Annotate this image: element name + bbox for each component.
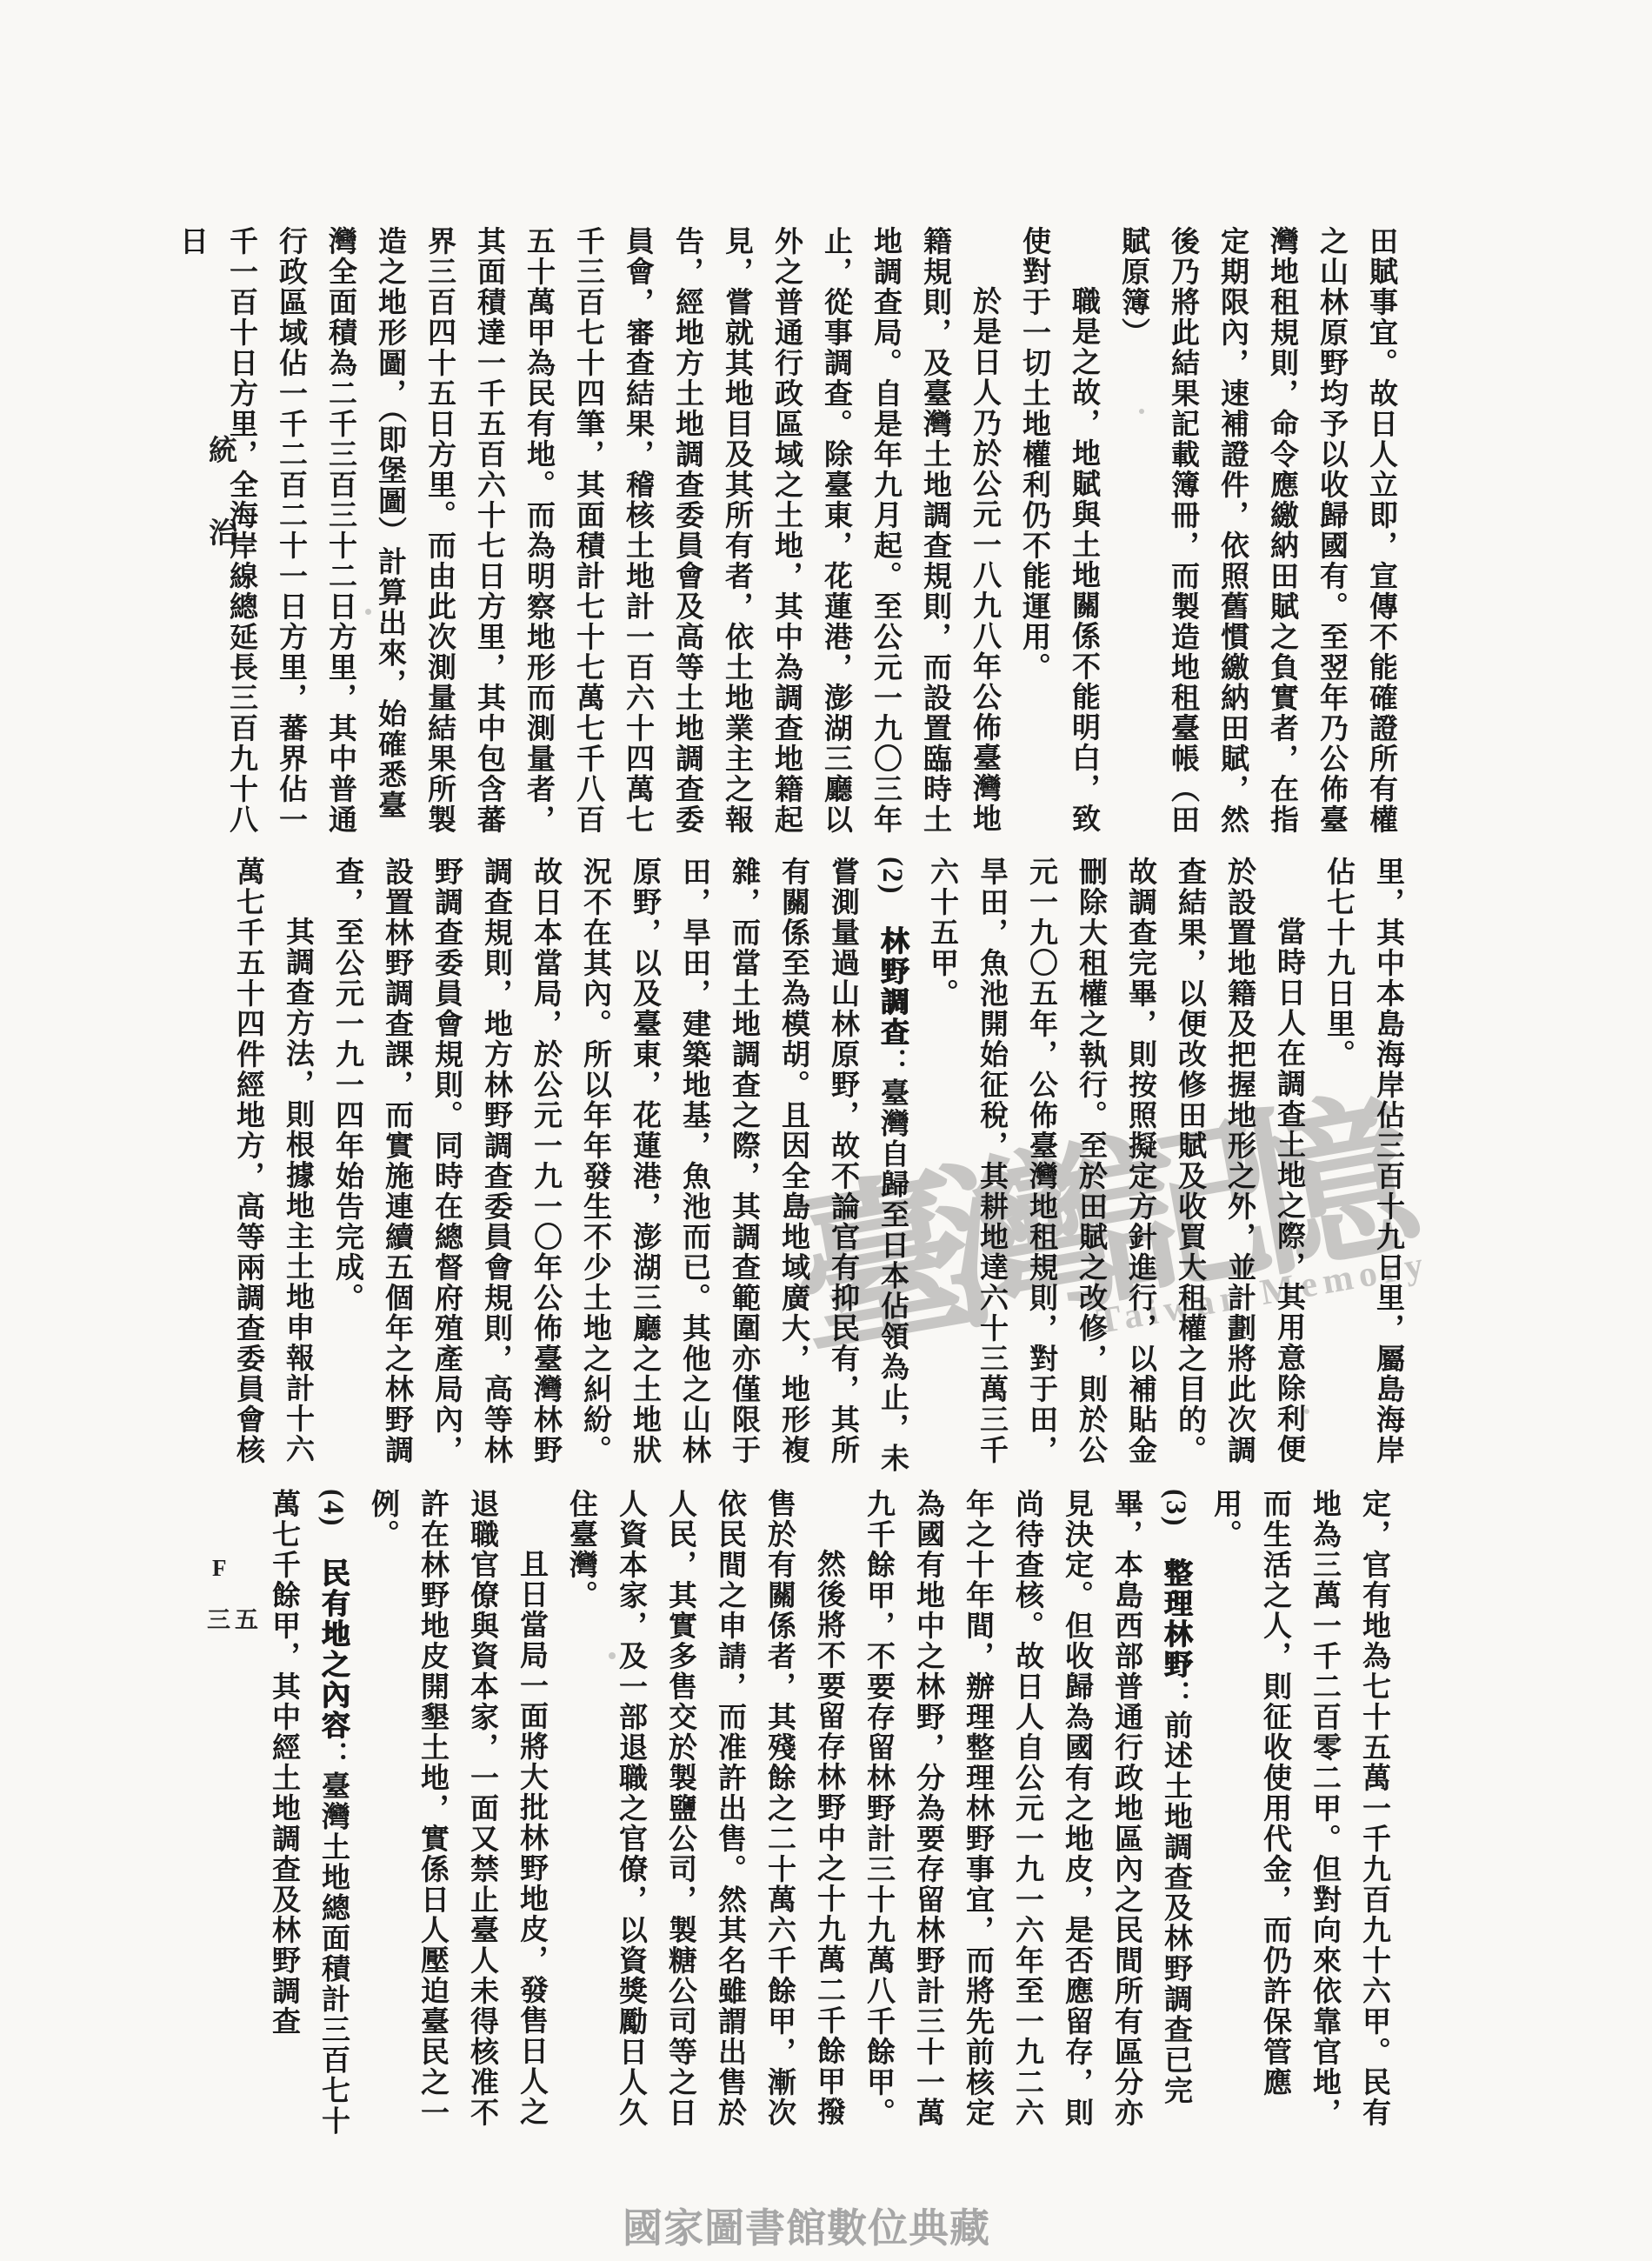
body-text: (3): [1160, 1489, 1191, 1557]
body-text: ：臺灣自歸至日本佔領為止，未嘗測量過山林原野，故不論官有抑民有，其所有關係至為模…: [331, 857, 908, 1473]
text-band-top: 田賦事宜。故日人立即，宣傳不能確證所有權之山林原野均予以收歸國有。至翌年乃公佈臺…: [214, 226, 1405, 835]
body-text: 且日當局一面將大批林野地皮，發售日人之退職官僚與資本家，一面又禁止臺人未得核准不…: [367, 1489, 547, 2128]
scanned-book-page: 統治 田賦事宜。故日人立即，宣傳不能確證所有權之山林原野均予以收歸國有。至翌年乃…: [0, 0, 1652, 2261]
body-text: 職是之故，地賦與土地關係不能明白，致使對于一切土地權利仍不能運用。: [1018, 226, 1099, 834]
paragraph: 里，其中本島海岸佔三百十九日里，屬島海岸佔七十九日里。: [1313, 857, 1412, 1490]
body-text: 里，其中本島海岸佔三百十九日里，屬島海岸佔七十九日里。: [1322, 857, 1403, 1465]
paragraph: 職是之故，地賦與土地關係不能明白，致使對于一切土地權利仍不能運用。: [1009, 226, 1108, 835]
paragraph: 且日當局一面將大批林野地皮，發售日人之退職官僚與資本家，一面又禁止臺人未得核准不…: [357, 1489, 556, 2146]
paragraph: 其調查方法，則根據地主土地申報計十六萬七千五十四件經地方，高等兩調查委員會核: [223, 857, 322, 1490]
paragraph: 當時日人在調查土地之際，其用意除利便於設置地籍及把握地形之外，並計劃將此次調查結…: [916, 857, 1313, 1490]
folio-page-number: 三五: [207, 1601, 263, 1635]
body-text: 定，官有地為七十五萬一千九百九十六甲。民有地為三萬一千二百零二甲。但對向來依靠官…: [1209, 1489, 1389, 2128]
paragraph: 於是日人乃於公元一八九八年公佈臺灣地籍規則，及臺灣土地調查規則，而設置臨時土地調…: [166, 226, 1009, 835]
body-text: ：前述土地調查及林野調查已完畢，本島西部普通行政地區內之民間所有區分亦見決定。但…: [863, 1489, 1191, 2128]
body-text: 然後將不要留存林野中之十九萬二千餘甲撥售於有關係者，其殘餘之二十萬六千餘甲，漸次…: [565, 1489, 844, 2128]
body-text: 當時日人在調查土地之際，其用意除利便於設置地籍及把握地形之外，並計劃將此次調查結…: [926, 857, 1304, 1465]
scan-speck: [1139, 409, 1144, 414]
folio-section-letter: F: [212, 1555, 263, 1582]
scan-speck: [365, 609, 371, 615]
body-text: 於是日人乃於公元一八九八年公佈臺灣地籍規則，及臺灣土地調查規則，而設置臨時土地調…: [176, 226, 1000, 835]
text-band-bottom: 定，官有地為七十五萬一千九百九十六甲。民有地為三萬一千二百零二甲。但對向來依靠官…: [197, 1489, 1398, 2146]
section-heading: 整理林野: [1160, 1557, 1191, 1679]
paragraph: 田賦事宜。故日人立即，宣傳不能確證所有權之山林原野均予以收歸國有。至翌年乃公佈臺…: [1108, 226, 1405, 835]
paragraph: 定，官有地為七十五萬一千九百九十六甲。民有地為三萬一千二百零二甲。但對向來依靠官…: [1200, 1489, 1398, 2146]
body-text: 其調查方法，則根據地主土地申報計十六萬七千五十四件經地方，高等兩調查委員會核: [232, 857, 313, 1465]
paragraph: 然後將不要留存林野中之十九萬二千餘甲撥售於有關係者，其殘餘之二十萬六千餘甲，漸次…: [556, 1489, 853, 2146]
body-text: (2): [876, 857, 908, 925]
scan-speck: [1304, 1409, 1309, 1414]
paragraph: (3) 整理林野：前述土地調查及林野調查已完畢，本島西部普通行政地區內之民間所有…: [853, 1489, 1200, 2146]
section-heading: 民有地之內容: [317, 1557, 349, 1740]
section-heading: 林野調查: [876, 925, 908, 1047]
text-band-middle: 里，其中本島海岸佔三百十九日里，屬島海岸佔七十九日里。當時日人在調查土地之際，其…: [231, 857, 1412, 1490]
scan-speck: [609, 1652, 616, 1659]
body-text: 田賦事宜。故日人立即，宣傳不能確證所有權之山林原野均予以收歸國有。至翌年乃公佈臺…: [1117, 226, 1396, 835]
folio: F 三五: [207, 1555, 263, 1635]
paragraph: (4) 民有地之內容：臺灣土地總面積計三百七十萬七千餘甲，其中經土地調查及林野調…: [258, 1489, 357, 2146]
paragraph: (2) 林野調查：臺灣自歸至日本佔領為止，未嘗測量過山林原野，故不論官有抑民有，…: [322, 857, 916, 1490]
library-digital-archive-caption: 國家圖書館數位典藏: [623, 2197, 990, 2254]
body-text: (4): [317, 1489, 349, 1557]
